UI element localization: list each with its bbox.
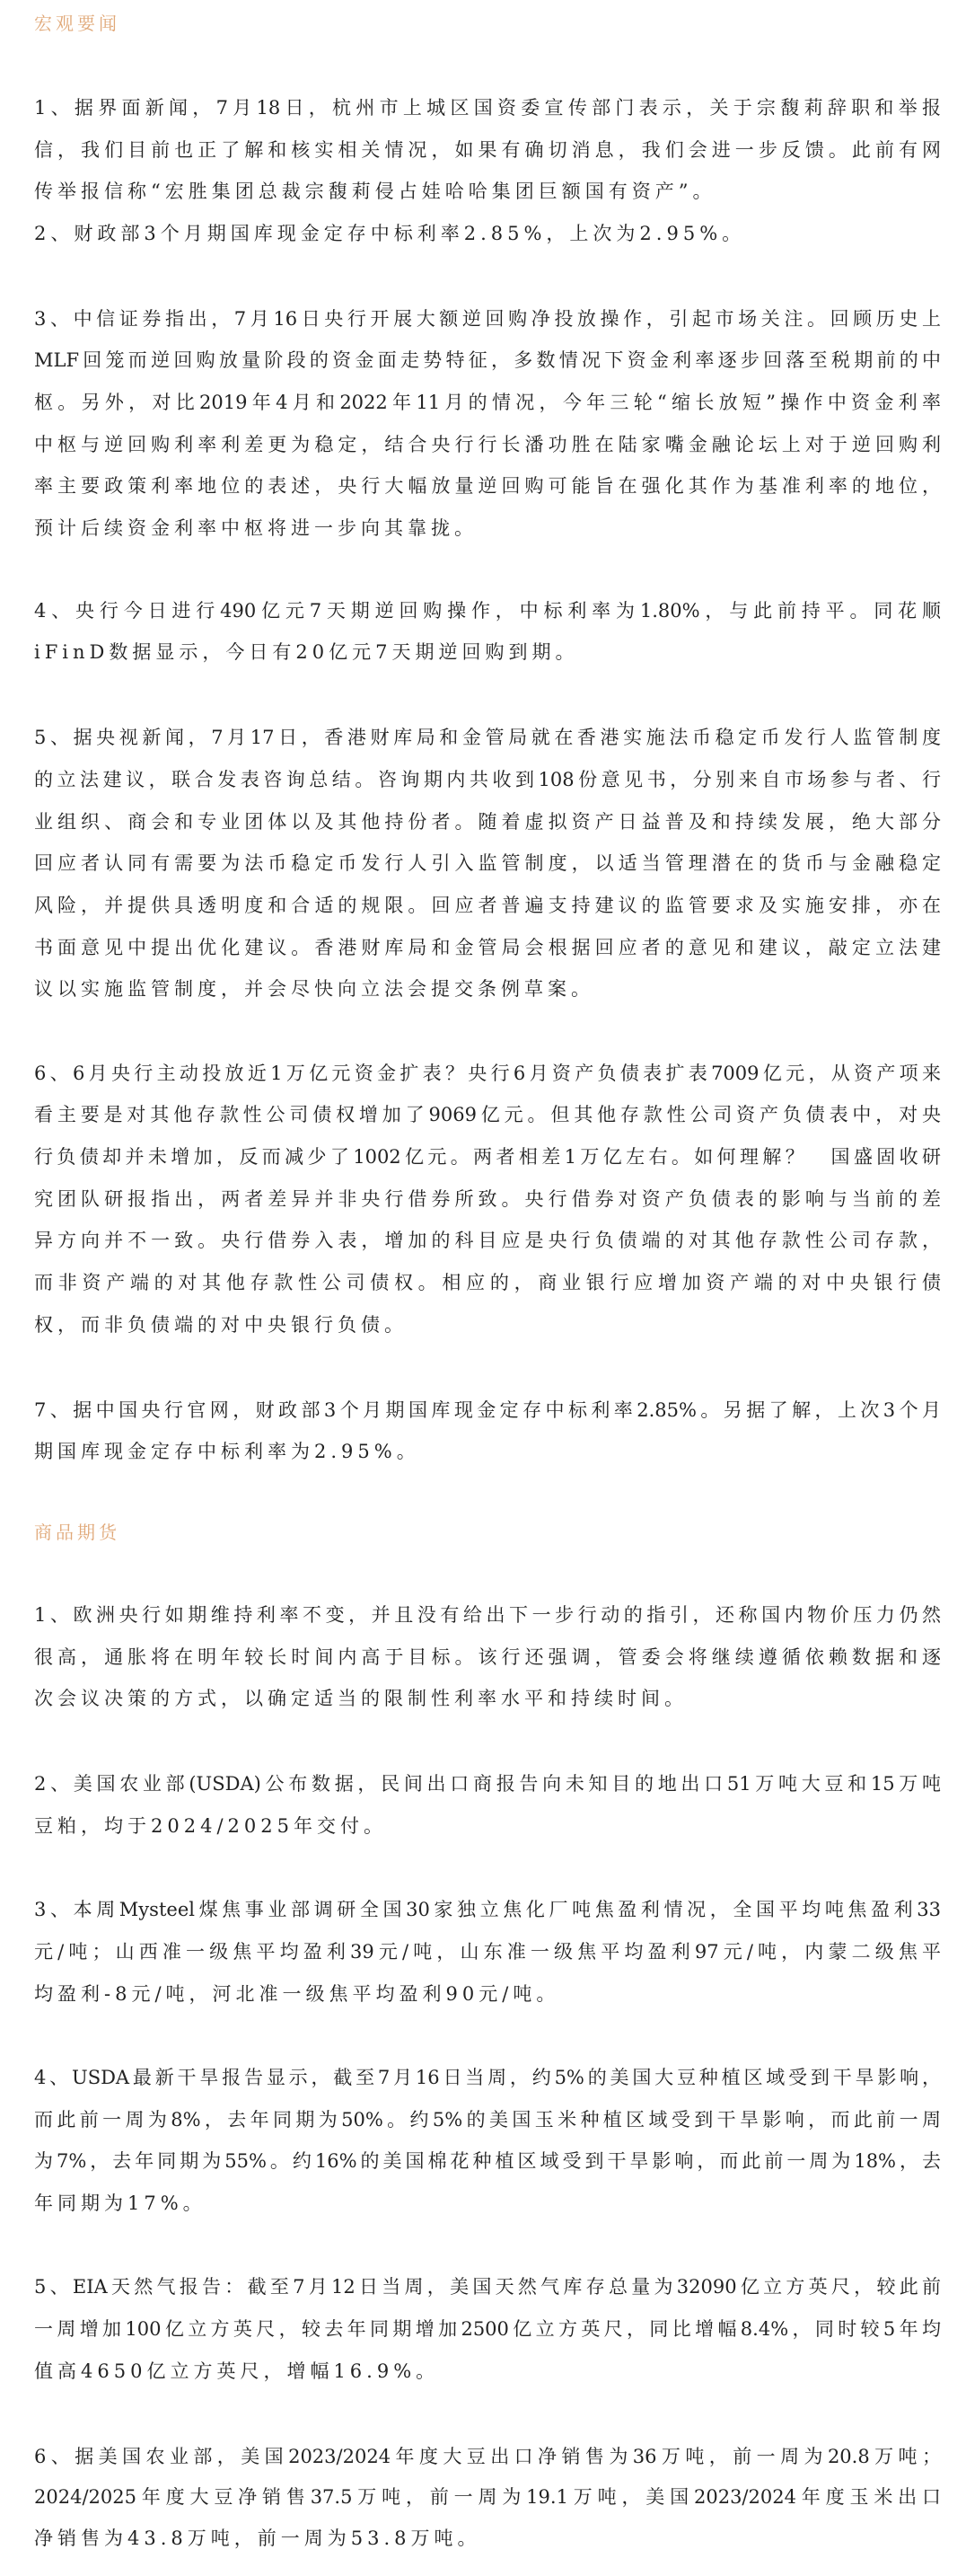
news-item-line: 3、中信证券指出，7月16日央行开展大额逆回购净投放操作，引起市场关注。回顾历史… bbox=[34, 310, 941, 330]
news-item-line: 回应者认同有需要为法币稳定币发行人引入监管制度，以适当管理潜在的货币与金融稳定 bbox=[34, 854, 941, 874]
news-item-line: 究团队研报指出，两者差异并非央行借券所致。央行借券对资产负债表的影响与当前的差 bbox=[34, 1190, 941, 1210]
news-item-line: 很高，通胀将在明年较长时间内高于目标。该行还强调，管委会将继续遵循依赖数据和逐 bbox=[34, 1648, 941, 1668]
news-item-line: 书面意见中提出优化建议。香港财库局和金管局会根据回应者的意见和建议，敲定立法建 bbox=[34, 939, 941, 958]
news-item-line: 5、据央视新闻，7月17日，香港财库局和金管局就在香港实施法币稳定币发行人监管制… bbox=[34, 728, 941, 748]
news-item-line: 净销售为43.8万吨，前一周为53.8万吨。 bbox=[34, 2529, 941, 2549]
news-item-line: 均盈利-8元/吨，河北准一级焦平均盈利90元/吨。 bbox=[34, 1985, 941, 2005]
news-item-line: 值高4650亿立方英尺，增幅16.9%。 bbox=[34, 2362, 941, 2382]
news-item-line: 议以实施监管制度，并会尽快向立法会提交条例草案。 bbox=[34, 980, 941, 1000]
news-item-line: 权，而非负债端的对中央银行负债。 bbox=[34, 1316, 941, 1336]
news-item-line: 豆粕，均于2024/2025年交付。 bbox=[34, 1817, 941, 1837]
news-item-line: 4、央行今日进行490亿元7天期逆回购操作，中标利率为1.80%，与此前持平。同… bbox=[34, 602, 941, 622]
news-item-line: 预计后续资金利率中枢将进一步向其靠拢。 bbox=[34, 519, 941, 539]
news-item-line: MLF回笼而逆回购放量阶段的资金面走势特征，多数情况下资金利率逐步回落至税期前的… bbox=[34, 351, 941, 371]
news-item-line: 1、欧洲央行如期维持利率不变，并且没有给出下一步行动的指引，还称国内物价压力仍然 bbox=[34, 1606, 941, 1626]
news-item-line: 2、美国农业部(USDA)公布数据，民间出口商报告向未知目的地出口51万吨大豆和… bbox=[34, 1775, 941, 1795]
news-item-line: 4、USDA最新干旱报告显示，截至7月16日当周，约5%的美国大豆种植区域受到干… bbox=[34, 2069, 941, 2088]
news-item-line: 业组织、商会和专业团体以及其他持份者。随着虚拟资产日益普及和持续发展，绝大部分 bbox=[34, 813, 941, 833]
news-item-line: 而非资产端的对其他存款性公司债权。相应的，商业银行应增加资产端的对中央银行债 bbox=[34, 1274, 941, 1293]
news-item-line: 1、据界面新闻，7月18日，杭州市上城区国资委宣传部门表示，关于宗馥莉辞职和举报 bbox=[34, 99, 941, 119]
news-item-line: 7、据中国央行官网，财政部3个月期国库现金定存中标利率2.85%。另据了解，上次… bbox=[34, 1401, 941, 1421]
news-item-line: 期国库现金定存中标利率为2.95%。 bbox=[34, 1442, 941, 1462]
news-item-line: 异方向并不一致。央行借券入表，增加的科目应是央行负债端的对其他存款性公司存款， bbox=[34, 1231, 941, 1251]
section-title: 商品期货 bbox=[34, 1523, 120, 1541]
news-item-line: 一周增加100亿立方英尺，较去年同期增加2500亿立方英尺，同比增幅8.4%，同… bbox=[34, 2320, 941, 2340]
news-item-line: 次会议决策的方式，以确定适当的限制性利率水平和持续时间。 bbox=[34, 1689, 941, 1709]
news-item-line: 2、财政部3个月期国库现金定存中标利率2.85%，上次为2.95%。 bbox=[34, 225, 941, 244]
news-item-line: iFinD数据显示，今日有20亿元7天期逆回购到期。 bbox=[34, 643, 941, 663]
section-title: 宏观要闻 bbox=[34, 14, 120, 32]
news-item-line: 率主要政策利率地位的表述，央行大幅放量逆回购可能旨在强化其作为基准利率的地位， bbox=[34, 477, 941, 497]
news-item-line: 中枢与逆回购利率利差更为稳定，结合央行行长潘功胜在陆家嘴金融论坛上对于逆回购利 bbox=[34, 436, 941, 455]
news-item-line: 传举报信称“宏胜集团总裁宗馥莉侵占娃哈哈集团巨额国有资产”。 bbox=[34, 182, 941, 202]
news-item-line: 3、本周Mysteel煤焦事业部调研全国30家独立焦化厂吨焦盈利情况，全国平均吨… bbox=[34, 1901, 941, 1920]
news-item-line: 2024/2025年度大豆净销售37.5万吨，前一周为19.1万吨，美国2023… bbox=[34, 2488, 941, 2508]
news-item-line: 行负债却并未增加，反而减少了1002亿元。两者相差1万亿左右。如何理解？ 国盛固… bbox=[34, 1148, 941, 1168]
news-item-line: 5、EIA天然气报告：截至7月12日当周，美国天然气库存总量为32090亿立方英… bbox=[34, 2278, 941, 2298]
news-item-line: 为7%，去年同期为55%。约16%的美国棉花种植区域受到干旱影响，而此前一周为1… bbox=[34, 2152, 941, 2172]
news-item-line: 看主要是对其他存款性公司债权增加了9069亿元。但其他存款性公司资产负债表中，对… bbox=[34, 1106, 941, 1125]
news-item-line: 而此前一周为8%，去年同期为50%。约5%的美国玉米种植区域受到干旱影响，而此前… bbox=[34, 2111, 941, 2130]
news-item-line: 的立法建议，联合发表咨询总结。咨询期内共收到108份意见书，分别来自市场参与者、… bbox=[34, 771, 941, 790]
news-item-line: 枢。另外，对比2019年4月和2022年11月的情况，今年三轮“缩长放短”操作中… bbox=[34, 393, 941, 413]
news-item-line: 6、6月央行主动投放近1万亿元资金扩表？央行6月资产负债表扩表7009亿元，从资… bbox=[34, 1064, 941, 1084]
news-item-line: 年同期为17%。 bbox=[34, 2194, 941, 2214]
news-item-line: 信，我们目前也正了解和核实相关情况，如果有确切消息，我们会进一步反馈。此前有网 bbox=[34, 141, 941, 161]
news-item-line: 6、据美国农业部，美国2023/2024年度大豆出口净销售为36万吨，前一周为2… bbox=[34, 2448, 941, 2467]
news-item-line: 风险，并提供具透明度和合适的规限。回应者普遍支持建议的监管要求及实施安排，亦在 bbox=[34, 896, 941, 916]
news-item-line: 元/吨；山西准一级焦平均盈利39元/吨，山东准一级焦平均盈利97元/吨，内蒙二级… bbox=[34, 1943, 941, 1963]
